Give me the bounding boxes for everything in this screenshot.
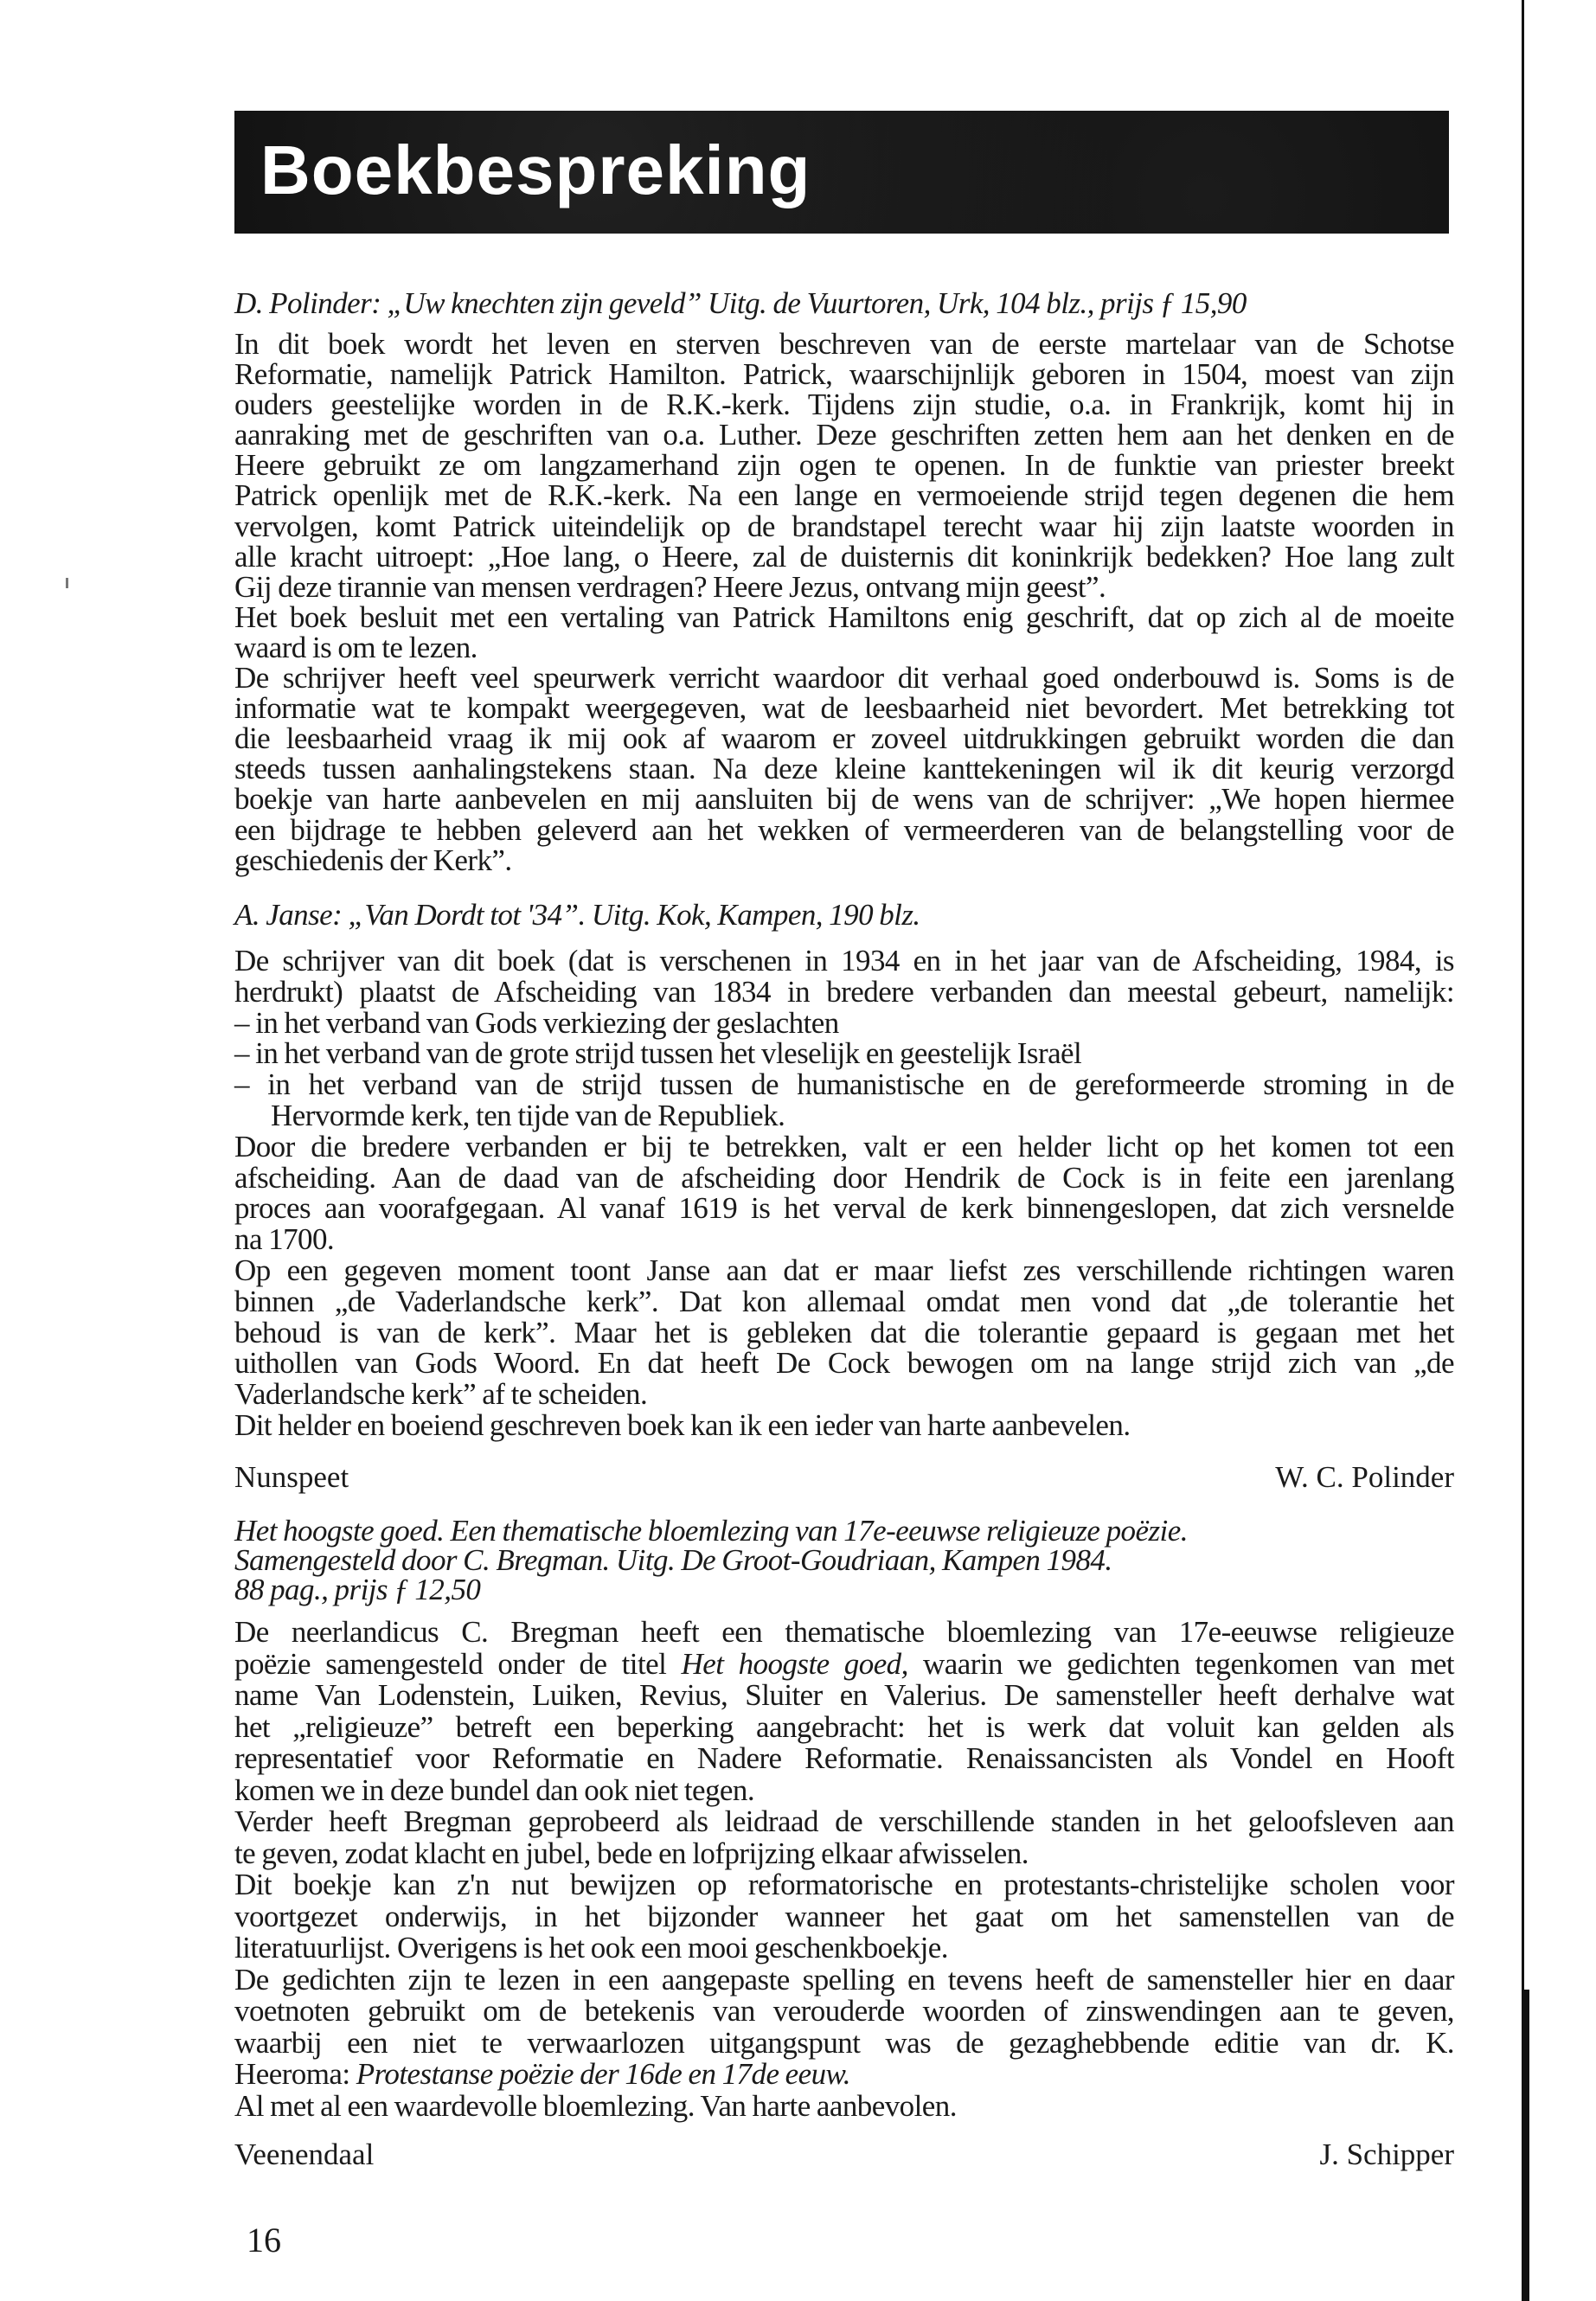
body-line: het „religieuze” betreft een beperking a…: [234, 1712, 1454, 1744]
body-line: te geven, zodat klacht en jubel, bede en…: [234, 1838, 1454, 1870]
heading-line: A. Janse: „Van Dordt tot '34”. Uitg. Kok…: [234, 900, 1454, 931]
body-line: Door die bredere verbanden er bij te bet…: [234, 1131, 1454, 1163]
section-banner: Boekbespreking: [234, 111, 1449, 234]
body-line: voetnoten gebruikt om de betekenis van v…: [234, 1996, 1454, 2028]
body-line: die leesbaarheid vraag ik mij ook af waa…: [234, 723, 1454, 753]
body-line: Dit helder en boeiend geschreven boek ka…: [234, 1410, 1454, 1441]
body-line: na 1700.: [234, 1224, 1454, 1255]
scan-speck: [66, 578, 68, 588]
body-line: – in het verband van Gods verkiezing der…: [234, 1008, 1454, 1039]
body-line: De neerlandicus C. Bregman heeft een the…: [234, 1617, 1454, 1649]
body-line: komen we in deze bundel dan ook niet teg…: [234, 1775, 1454, 1807]
body-line: ouders geestelijke worden in de R.K.-ker…: [234, 389, 1454, 420]
body-line: Heeroma: Protestanse poëzie der 16de en …: [234, 2059, 1454, 2091]
page-edge-rule-bottom: [1522, 1990, 1529, 2301]
body-line: Reformatie, namelijk Patrick Hamilton. P…: [234, 359, 1454, 389]
body-line: In dit boek wordt het leven en sterven b…: [234, 329, 1454, 359]
body-line: waarbij een niet te verwaarlozen uitgang…: [234, 2028, 1454, 2060]
body-line: Het boek besluit met een vertaling van P…: [234, 602, 1454, 632]
page-edge-rule: [1522, 0, 1524, 2301]
body-line: waard is om te lezen.: [234, 632, 1454, 663]
body-line: een bijdrage te hebben geleverd aan het …: [234, 815, 1454, 845]
signature-place: Veenendaal: [234, 2138, 374, 2172]
body-line: proces aan voorafgegaan. Al vanaf 1619 i…: [234, 1193, 1454, 1224]
body-line: Op een gegeven moment toont Janse aan da…: [234, 1255, 1454, 1286]
body-line: alle kracht uitroept: „Hoe lang, o Heere…: [234, 542, 1454, 572]
body-line: De schrijver van dit boek (dat is versch…: [234, 945, 1454, 977]
body-line: Heere gebruikt ze om langzamerhand zijn …: [234, 450, 1454, 480]
body-line: uithollen van Gods Woord. En dat heeft D…: [234, 1348, 1454, 1379]
review-2-heading: A. Janse: „Van Dordt tot '34”. Uitg. Kok…: [234, 900, 1454, 931]
heading-line: 88 pag., prijs ƒ 12,50: [234, 1575, 1454, 1605]
body-line: Hervormde kerk, ten tijde van de Republi…: [234, 1100, 1454, 1131]
body-line: vervolgen, komt Patrick uiteindelijk op …: [234, 511, 1454, 542]
body-line: aanraking met de geschriften van o.a. Lu…: [234, 420, 1454, 450]
body-line: steeds tussen aanhalingstekens staan. Na…: [234, 753, 1454, 784]
review-1-heading: D. Polinder: „Uw knechten zijn geveld” U…: [234, 288, 1454, 319]
body-line: De gedichten zijn te lezen in een aangep…: [234, 1965, 1454, 1997]
review-3-heading: Het hoogste goed. Een thematische bloeml…: [234, 1516, 1454, 1605]
body-line: herdrukt) plaatst de Afscheiding van 183…: [234, 977, 1454, 1008]
body-line: binnen „de Vaderlandsche kerk”. Dat kon …: [234, 1286, 1454, 1317]
review-2-signature: Nunspeet W. C. Polinder: [234, 1460, 1454, 1495]
body-line: Vaderlandsche kerk” af te scheiden.: [234, 1379, 1454, 1410]
body-line: voortgezet onderwijs, in het bijzonder w…: [234, 1901, 1454, 1933]
review-3-body: De neerlandicus C. Bregman heeft een the…: [234, 1617, 1454, 2122]
body-line: informatie wat te kompakt weergegeven, w…: [234, 693, 1454, 723]
review-3-signature: Veenendaal J. Schipper: [234, 2138, 1454, 2172]
heading-line: Het hoogste goed. Een thematische bloeml…: [234, 1516, 1454, 1546]
signature-author: J. Schipper: [1319, 2138, 1454, 2172]
body-line: poëzie samengesteld onder de titel Het h…: [234, 1649, 1454, 1681]
body-line: De schrijver heeft veel speurwerk verric…: [234, 663, 1454, 693]
body-line: Verder heeft Bregman geprobeerd als leid…: [234, 1806, 1454, 1838]
body-line: Al met al een waardevolle bloemlezing. V…: [234, 2091, 1454, 2123]
signature-place: Nunspeet: [234, 1460, 349, 1495]
body-line: Patrick openlijk met de R.K.-kerk. Na ee…: [234, 480, 1454, 510]
body-line: afscheiding. Aan de daad van de afscheid…: [234, 1163, 1454, 1194]
body-line: name Van Lodenstein, Luiken, Revius, Slu…: [234, 1680, 1454, 1712]
signature-author: W. C. Polinder: [1275, 1460, 1454, 1495]
body-line: behoud is van de kerk”. Maar het is gebl…: [234, 1317, 1454, 1349]
body-line: representatief voor Reformatie en Nadere…: [234, 1743, 1454, 1775]
body-line: Gij deze tirannie van mensen verdragen? …: [234, 572, 1454, 602]
body-line: geschiedenis der Kerk”.: [234, 845, 1454, 875]
heading-line: Samengesteld door C. Bregman. Uitg. De G…: [234, 1546, 1454, 1575]
page-number: 16: [247, 2220, 281, 2260]
body-line: – in het verband van de grote strijd tus…: [234, 1038, 1454, 1069]
body-line: literatuurlijst. Overigens is het ook ee…: [234, 1932, 1454, 1965]
body-line: Dit boekje kan z'n nut bewijzen op refor…: [234, 1869, 1454, 1901]
heading-line: D. Polinder: „Uw knechten zijn geveld” U…: [234, 288, 1454, 319]
body-line: boekje van harte aanbevelen en mij aansl…: [234, 784, 1454, 814]
review-2-body: De schrijver van dit boek (dat is versch…: [234, 945, 1454, 1441]
body-line: – in het verband van de strijd tussen de…: [234, 1069, 1454, 1100]
review-1-body: In dit boek wordt het leven en sterven b…: [234, 329, 1454, 875]
section-title: Boekbespreking: [260, 123, 811, 218]
